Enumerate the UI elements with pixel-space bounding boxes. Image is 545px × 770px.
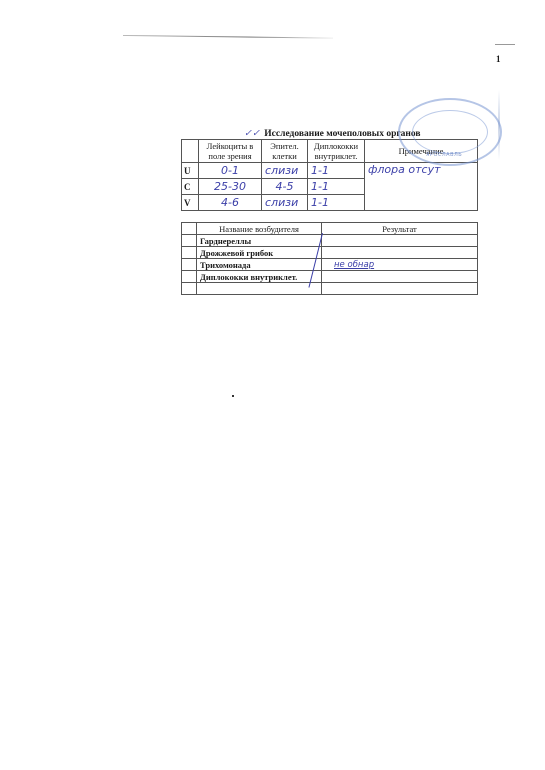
row-blank [182,283,197,295]
table-row: Гарднереллы [182,235,478,247]
checkmark-icon: ✓✓ [244,129,260,139]
epithelial-value: слизи [262,163,308,179]
pathogen-result [322,283,478,295]
row-label: U [182,163,199,179]
pathogen-name [197,283,322,295]
pathogen-table: Название возбудителя Результат Гарднерел… [181,222,478,295]
note-value: флора отсут [365,163,478,211]
header-result: Результат [322,223,478,235]
pathogen-result [322,271,478,283]
diplococci-value: 1-1 [308,163,365,179]
table-row [182,283,478,295]
row-blank [182,247,197,259]
header-blank [182,140,199,163]
header-note: Примечание [365,140,478,163]
header-leukocytes: Лейкоциты в поле зрения [199,140,262,163]
header-epithelial: Эпител. клетки [262,140,308,163]
leukocytes-value: 25-30 [199,179,262,195]
leukocytes-value: 0-1 [199,163,262,179]
table-row: Диплококки внутриклет. [182,271,478,283]
table-row: U 0-1 слизи 1-1 флора отсут [182,163,478,179]
scan-artifact-line-right [495,44,515,45]
pathogen-result: не обнар [322,259,478,271]
header-blank [182,223,197,235]
table-row: Трихомонада не обнар [182,259,478,271]
diplococci-value: 1-1 [308,179,365,195]
pathogen-result [322,247,478,259]
table-header-row: Название возбудителя Результат [182,223,478,235]
page-number: 1 [496,54,501,64]
row-label: V [182,195,199,211]
pathogen-name: Трихомонада [197,259,322,271]
scan-artifact-line [123,35,333,39]
row-blank [182,259,197,271]
leukocytes-value: 4-6 [199,195,262,211]
header-pathogen-name: Название возбудителя [197,223,322,235]
epithelial-value: 4-5 [262,179,308,195]
section-title: ✓✓ Исследование мочеполовых органов [244,128,421,139]
epithelial-value: слизи [262,195,308,211]
urogenital-exam-table: Лейкоциты в поле зрения Эпител. клетки Д… [181,139,478,211]
table-row: Дрожжевой грибок [182,247,478,259]
pathogen-result [322,235,478,247]
row-blank [182,235,197,247]
pathogen-name: Дрожжевой грибок [197,247,322,259]
diplococci-value: 1-1 [308,195,365,211]
table-header-row: Лейкоциты в поле зрения Эпител. клетки Д… [182,140,478,163]
section-title-text: Исследование мочеполовых органов [264,129,420,139]
pathogen-name: Гарднереллы [197,235,322,247]
scan-edge-artifact [498,90,500,160]
header-diplococci: Диплококки внутриклет. [308,140,365,163]
row-label: C [182,179,199,195]
stray-mark [232,395,234,397]
row-blank [182,271,197,283]
pathogen-name: Диплококки внутриклет. [197,271,322,283]
